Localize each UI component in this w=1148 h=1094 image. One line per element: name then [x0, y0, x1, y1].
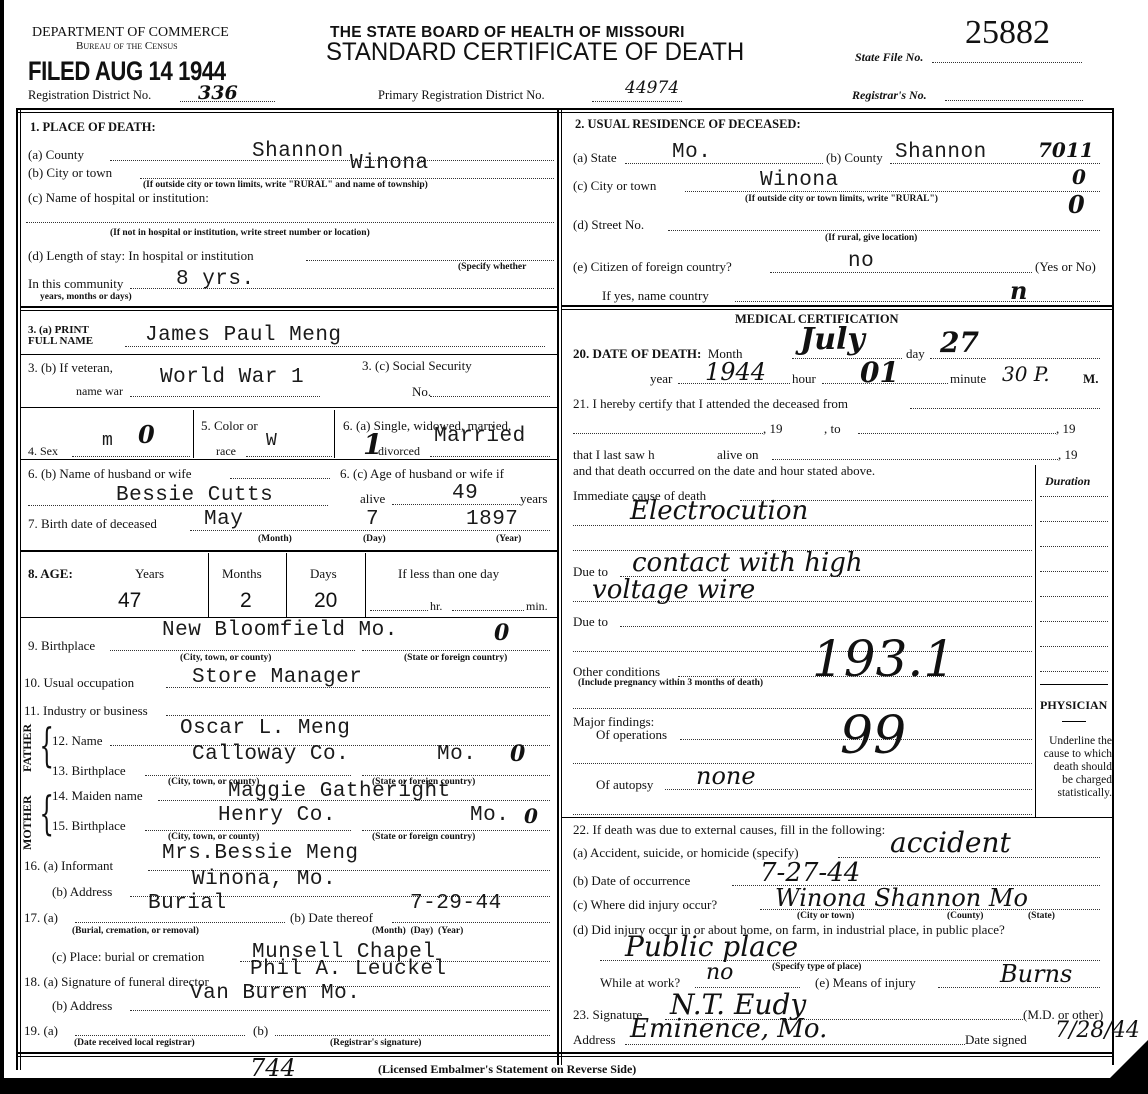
veteran-value: World War 1 [160, 366, 304, 389]
filed-stamp: FILED AUG 14 1944 [28, 56, 226, 87]
duration-line [1040, 646, 1108, 647]
age-days-value: 20 [314, 589, 337, 613]
father-birth-code: 0 [510, 741, 525, 767]
veteran-line [130, 396, 320, 397]
state-file-line [932, 62, 1082, 63]
age-years-label: Years [135, 566, 164, 582]
physician-address-label: Address [573, 1032, 616, 1048]
veteran-label-a: 3. (b) If veteran, [28, 360, 113, 376]
center-divider-inner [561, 110, 562, 1065]
citizen-yes-no-note: (Yes or No) [1035, 259, 1096, 275]
hr-label: hr. [430, 599, 442, 614]
birthplace-code: 0 [494, 620, 509, 646]
immediate-cause-value: Electrocution [630, 496, 808, 526]
ss-label-b: No. [412, 384, 431, 400]
duration-line [1040, 671, 1108, 672]
primary-district-label: Primary Registration District No. [378, 88, 545, 103]
marital-value: Married [434, 425, 526, 448]
due-to-1-value: contact with high [632, 548, 863, 578]
mother-side-label: MOTHER [20, 795, 35, 850]
color-label-a: 5. Color or [201, 418, 258, 434]
physician-address-line [625, 1044, 965, 1045]
alive-on-line [772, 459, 1058, 460]
industry-line [166, 715, 550, 716]
range-19a: , 19 [763, 421, 783, 437]
cell-divider [193, 410, 194, 458]
death-meridiem-label: M. [1083, 371, 1099, 387]
informant-address-label: (b) Address [52, 884, 112, 900]
mother-birth-state-line [362, 830, 550, 831]
birthplace-value: New Bloomfield Mo. [162, 619, 398, 642]
disposition-date-value: 7-29-44 [410, 892, 502, 915]
mother-birth-state: Mo. [470, 804, 509, 827]
center-divider [557, 110, 559, 1065]
informant-value: Mrs.Bessie Meng [162, 842, 359, 865]
state-file-number: 25882 [965, 14, 1050, 52]
means-value: Burns [1000, 960, 1072, 988]
sex-code: 0 [138, 420, 155, 449]
birthplace-state-note: (State or foreign country) [404, 653, 507, 663]
death-day-value: 27 [940, 326, 979, 359]
medical-divider [562, 817, 1112, 818]
scan-corner [1108, 1040, 1148, 1080]
registrar-date-line [75, 1035, 245, 1036]
certify-line: 21. I hereby certify that I attended the… [573, 396, 848, 412]
row-divider [20, 550, 557, 552]
right-border [1112, 110, 1114, 1065]
residence-city-code: 0 [1072, 165, 1086, 189]
duration-label: Duration [1045, 474, 1090, 489]
community-label: In this community [28, 276, 123, 292]
mother-birth-city-note: (City, town, or county) [168, 832, 259, 842]
occurred-statement: and that death occurred on the date and … [573, 463, 875, 479]
registrars-no-label: Registrar's No. [852, 88, 927, 103]
country-mark: n [1010, 276, 1027, 305]
state-file-label: State File No. [855, 50, 923, 65]
age-cell-divider [208, 553, 209, 617]
industry-label: 11. Industry or business [24, 703, 148, 719]
mother-birth-city: Henry Co. [218, 804, 336, 827]
cause-code: 193.1 [812, 630, 955, 688]
marital-label-b: divorced [378, 444, 420, 459]
registrar-label-b: (b) [253, 1023, 268, 1039]
duration-line [1040, 621, 1108, 622]
birthplace-city-note: (City, town, or county) [180, 653, 271, 663]
physician-address-value: Eminence, Mo. [630, 1014, 827, 1044]
death-minute-value: 30 P. [1002, 362, 1050, 386]
residence-city-code-2: 0 [1068, 190, 1085, 219]
date-signed-label: Date signed [965, 1032, 1027, 1048]
injury-location-value: Winona Shannon Mo [775, 884, 1028, 912]
age-cell-divider [365, 553, 366, 617]
residence-city-note: (If outside city or town limits, write "… [745, 194, 938, 204]
father-birth-label: 13. Birthplace [52, 763, 126, 779]
day-note: (Day) [363, 534, 386, 544]
age-years-value: 47 [118, 589, 141, 613]
registrar-label-a: 19. (a) [24, 1023, 58, 1039]
disposition-date-label: (b) Date thereof [290, 910, 373, 926]
sex-label: 4. Sex [28, 444, 58, 459]
death-minute-label: minute [950, 371, 986, 387]
age-label: 8. AGE: [28, 566, 73, 582]
statistical-code: 99 [840, 706, 906, 766]
row-divider [20, 617, 557, 618]
scan-edge-bottom [0, 1078, 1148, 1094]
birth-month: May [204, 508, 243, 531]
means-label: (e) Means of injury [815, 975, 916, 991]
physician-rule [1062, 721, 1086, 722]
last-saw-label: that I last saw h [573, 447, 655, 463]
residence-state-line [625, 163, 823, 164]
sex-value: m [102, 431, 113, 451]
hospital-line [26, 222, 554, 223]
disposition-date-line [392, 922, 550, 923]
father-side-label: FATHER [20, 724, 35, 772]
spouse-age-unit: years [520, 491, 547, 507]
disposition-note: (Burial, cremation, or removal) [72, 926, 199, 936]
residence-heading: 2. USUAL RESIDENCE OF DECEASED: [575, 117, 801, 132]
range-line-a [573, 433, 763, 434]
section-divider [20, 306, 557, 308]
residence-county-code: 7011 [1038, 138, 1094, 162]
due-to-2-line [620, 626, 1032, 627]
residence-street-label: (d) Street No. [573, 217, 644, 233]
residence-divider [562, 305, 1112, 307]
date-notes: (Month) (Day) (Year) [372, 926, 463, 936]
father-name-label: 12. Name [52, 733, 103, 749]
range-to: , to [824, 421, 841, 437]
place-type-value: Public place [625, 930, 798, 963]
death-county-value: Shannon [252, 140, 344, 163]
registrar-sig-note: (Registrar's signature) [330, 1038, 421, 1048]
row-divider [20, 407, 557, 408]
occupation-value: Store Manager [192, 666, 362, 689]
duration-line [1040, 546, 1108, 547]
funeral-address-line [130, 1010, 550, 1011]
ss-label-a: 3. (c) Social Security [362, 358, 472, 374]
spouse-value: Bessie Cutts [116, 484, 273, 507]
duration-column-divider [1035, 465, 1036, 817]
citizen-label: (e) Citizen of foreign country? [573, 259, 732, 275]
hr-line [370, 610, 428, 611]
city-note: (City or town) [797, 911, 854, 921]
duration-line [1040, 596, 1108, 597]
stay-specify-note: (Specify whether [458, 262, 526, 272]
stay-line [306, 260, 554, 261]
disposition-value: Burial [148, 892, 227, 915]
mother-birth-code: 0 [524, 804, 538, 828]
age-less-label: If less than one day [398, 566, 499, 582]
state-note: (State) [1028, 911, 1055, 921]
hospital-label: (c) Name of hospital or institution: [28, 190, 209, 206]
birthplace-city-line [110, 650, 355, 651]
registrar-date-note: (Date received local registrar) [74, 1038, 195, 1048]
registration-district-value: 336 [198, 82, 238, 104]
father-name-value: Oscar L. Meng [180, 717, 350, 740]
veteran-label-b: name war [76, 384, 123, 399]
funeral-address-label: (b) Address [52, 998, 112, 1014]
stay-label: (d) Length of stay: In hospital or insti… [28, 248, 254, 264]
bottom-border [16, 1052, 1114, 1054]
last-19: , 19 [1058, 447, 1078, 463]
left-border-inner [20, 110, 21, 1070]
funeral-address-value: Van Buren Mo. [190, 982, 360, 1005]
range-19b: , 19 [1056, 421, 1076, 437]
ss-line [430, 396, 550, 397]
age-cell-divider [286, 553, 287, 617]
year-note: (Year) [496, 534, 521, 544]
color-value: W [266, 431, 277, 451]
min-line [452, 610, 524, 611]
residence-city-line [685, 191, 1100, 192]
father-birth-city-line [145, 775, 351, 776]
death-city-line [140, 178, 554, 179]
spouse-age-label-b: alive [360, 491, 385, 507]
residence-divider-inner [562, 309, 1112, 310]
mother-name-value: Maggie Gatheright [228, 780, 451, 803]
residence-state-value: Mo. [672, 141, 711, 164]
duration-end-line [1040, 684, 1108, 685]
range-line-b [858, 433, 1056, 434]
top-border-inner [16, 112, 1114, 113]
name-label-b: FULL NAME [28, 335, 93, 347]
cell-divider [334, 410, 335, 458]
mother-birth-state-note: (State or foreign country) [372, 832, 475, 842]
registration-district-label: Registration District No. [28, 88, 151, 103]
informant-label: 16. (a) Informant [24, 858, 113, 874]
embalmer-note: (Licensed Embalmer's Statement on Revers… [378, 1062, 636, 1077]
spouse-age-label-a: 6. (c) Age of husband or wife if [340, 466, 504, 482]
death-county-label: (a) County [28, 147, 84, 163]
death-city-value: Winona [350, 152, 429, 175]
occurrence-date-label: (b) Date of occurrence [573, 873, 690, 889]
color-label-b: race [216, 444, 236, 459]
spouse-line-a [230, 478, 330, 479]
sex-line [72, 456, 190, 457]
certify-from-line [910, 408, 1100, 409]
residence-state-label: (a) State [573, 150, 617, 166]
birth-year: 1897 [466, 508, 518, 531]
father-birth-state: Mo. [437, 743, 476, 766]
age-months-label: Months [222, 566, 262, 582]
deceased-name-value: James Paul Meng [145, 324, 342, 347]
external-heading: 22. If death was due to external causes,… [573, 822, 885, 838]
birthplace-label: 9. Birthplace [28, 638, 95, 654]
funeral-director-label: 18. (a) Signature of funeral director [24, 974, 209, 990]
physician-note: Underline the cause to which death shoul… [1040, 735, 1112, 800]
death-hour-label: hour [792, 371, 816, 387]
occupation-label: 10. Usual occupation [24, 675, 134, 691]
at-work-label: While at work? [600, 975, 680, 991]
place-of-death-heading: 1. PLACE OF DEATH: [30, 120, 156, 135]
citizen-value: no [848, 250, 874, 273]
bureau-label: Bureau of the Census [76, 40, 178, 52]
marital-line [430, 456, 550, 457]
funeral-director-value: Phil A. Leuckel [250, 958, 447, 981]
findings-line [573, 763, 1032, 764]
death-year-label: year [650, 371, 672, 387]
bottom-border-inner [16, 1056, 1114, 1057]
duration-line [1040, 571, 1108, 572]
duration-line [1040, 496, 1108, 497]
cause-line [573, 651, 1032, 652]
age-days-label: Days [310, 566, 337, 582]
month-note: (Month) [258, 534, 292, 544]
autopsy-label: Of autopsy [596, 777, 653, 793]
other-conditions-line [678, 676, 1032, 677]
community-note: years, months or days) [40, 292, 132, 302]
page-title: STANDARD CERTIFICATE OF DEATH [326, 38, 744, 67]
birthplace-state-line [362, 650, 550, 651]
burial-place-label: (c) Place: burial or cremation [52, 949, 204, 965]
disposition-label: 17. (a) [24, 910, 58, 926]
death-city-label: (b) City or town [28, 165, 112, 181]
external-type-value: accident [890, 826, 1011, 859]
primary-district-value: 44974 [625, 78, 679, 98]
registrars-no-line [945, 100, 1083, 101]
autopsy-value: none [696, 762, 756, 790]
injury-location-label: (c) Where did injury occur? [573, 897, 717, 913]
residence-county-label: (b) County [826, 150, 883, 166]
cause-line [573, 708, 1032, 709]
citizen-line [770, 272, 1032, 273]
place-type-note: (Specify type of place) [772, 962, 861, 972]
duration-line [1040, 521, 1108, 522]
spouse-age-value: 49 [452, 482, 478, 505]
residence-street-line [668, 230, 1100, 231]
spouse-label: 6. (b) Name of husband or wife [28, 466, 192, 482]
disposition-line [75, 922, 285, 923]
min-label: min. [526, 599, 548, 614]
county-note: (County) [947, 911, 983, 921]
death-year-value: 1944 [705, 358, 766, 386]
department-label: DEPARTMENT OF COMMERCE [32, 25, 229, 41]
mother-birth-label: 15. Birthplace [52, 818, 126, 834]
top-border [16, 108, 1114, 110]
residence-county-value: Shannon [895, 141, 987, 164]
findings-line [573, 814, 1032, 815]
age-months-value: 2 [240, 589, 252, 613]
birth-date-label: 7. Birth date of deceased [28, 516, 157, 532]
row-divider [20, 354, 557, 355]
cause-line [573, 601, 1032, 602]
physician-label: PHYSICIAN [1040, 698, 1107, 713]
death-day-label: day [906, 346, 925, 362]
row-divider [20, 459, 557, 460]
mother-name-label: 14. Maiden name [52, 788, 143, 804]
death-city-note: (If outside city or town limits, write "… [143, 180, 428, 190]
due-to-2-label: Due to [573, 614, 608, 630]
residence-city-label: (c) City or town [573, 178, 656, 194]
operations-label: Of operations [596, 727, 667, 743]
hospital-note: (If not in hospital or institution, writ… [110, 228, 370, 238]
primary-district-line [592, 101, 682, 102]
death-hour-value: 01 [860, 356, 899, 389]
country-label: If yes, name country [602, 288, 709, 304]
birth-day: 7 [366, 508, 379, 531]
father-birth-state-line [362, 775, 550, 776]
color-line [246, 456, 332, 457]
country-line [735, 301, 1100, 302]
registrar-sig-line [275, 1035, 550, 1036]
father-birth-city: Calloway Co. [192, 743, 349, 766]
alive-on-label: alive on [717, 447, 759, 463]
left-border [16, 110, 18, 1070]
cause-line [573, 525, 1032, 526]
other-conditions-note: (Include pregnancy within 3 months of de… [578, 678, 763, 688]
community-value: 8 yrs. [176, 268, 255, 291]
section-divider-inner [20, 310, 557, 311]
informant-address-value: Winona, Mo. [192, 868, 336, 891]
at-work-value: no [706, 960, 733, 985]
residence-street-note: (If rural, give location) [825, 233, 917, 243]
death-month-value: July [800, 322, 865, 357]
scan-edge [0, 0, 4, 1094]
residence-city-value: Winona [760, 169, 839, 192]
mother-birth-city-line [145, 830, 351, 831]
